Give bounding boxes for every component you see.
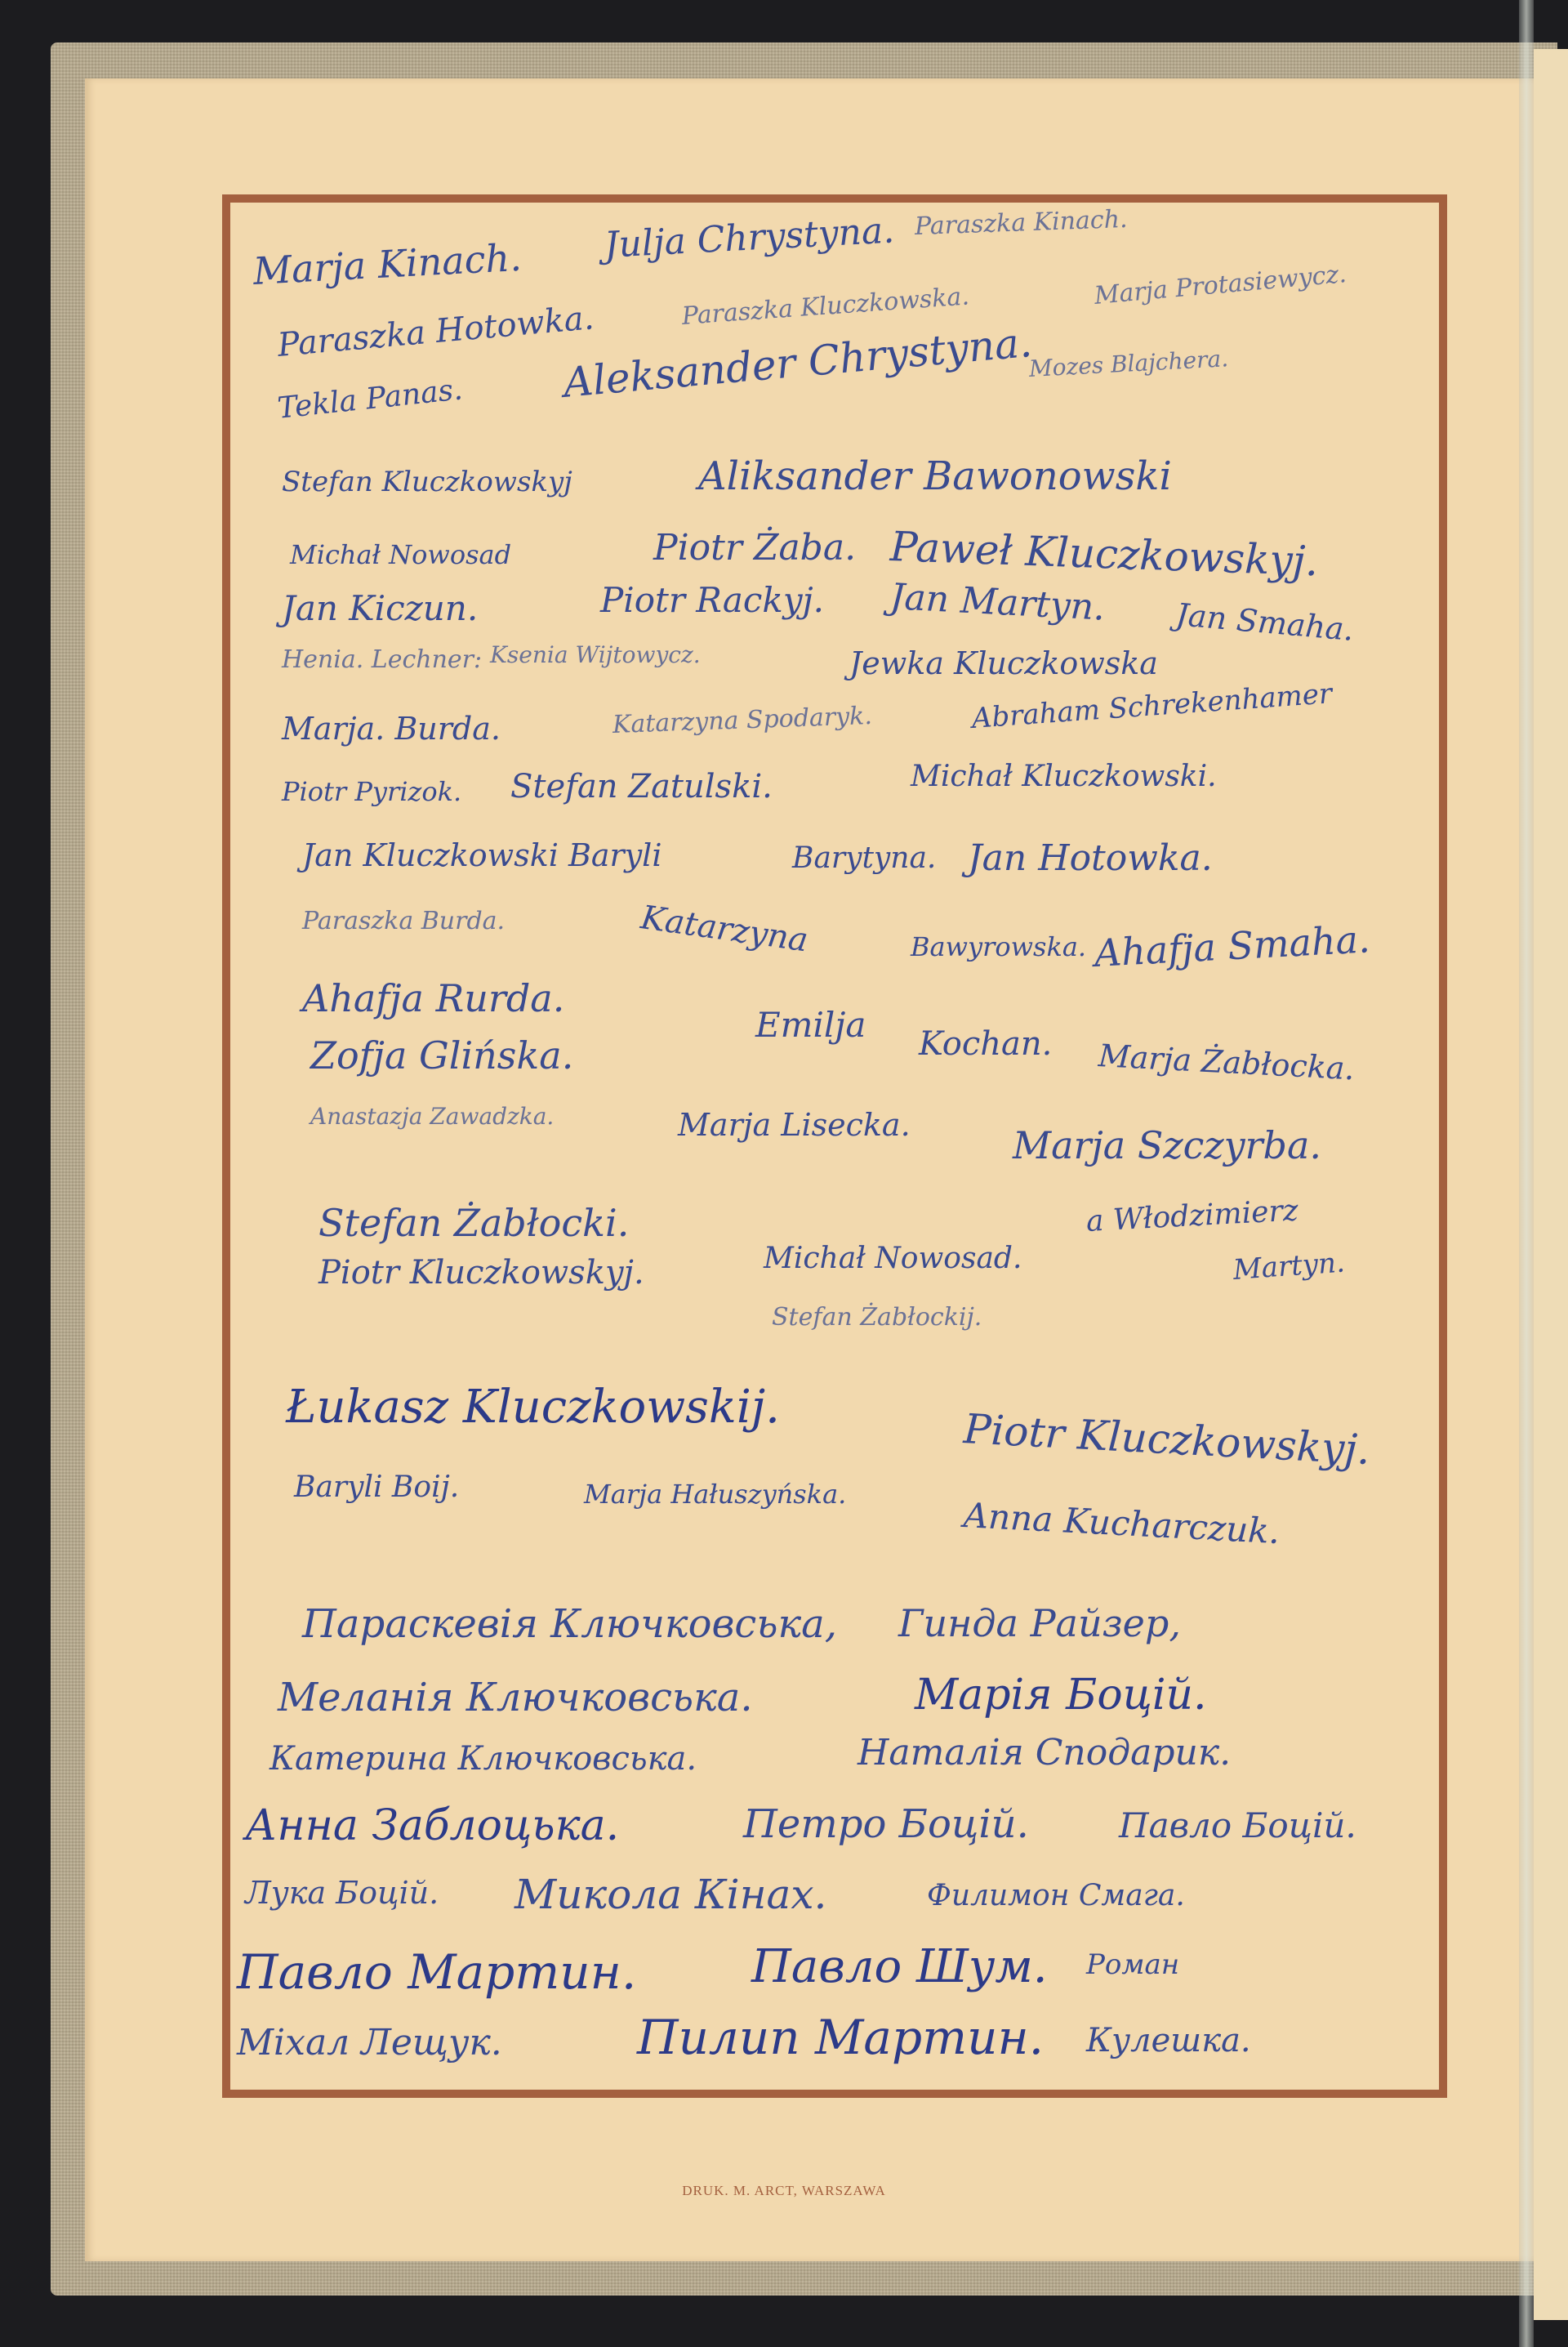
handwritten-signature: Piotr Kluczkowskyj. (318, 1254, 644, 1292)
handwritten-signature: Наталія Сподарик. (857, 1732, 1231, 1774)
handwritten-signature: Jan Hotowka. (968, 837, 1213, 879)
handwritten-signature: Петро Боцій. (743, 1801, 1029, 1847)
handwritten-signature: Michał Kluczkowski. (911, 760, 1217, 793)
handwritten-signature: Henia. Lechner: (282, 645, 482, 674)
handwritten-signature: Baryli Boij. (294, 1470, 459, 1504)
handwritten-signature: Катерина Ключковська. (269, 1740, 697, 1778)
handwritten-signature: Michał Nowosad. (764, 1242, 1022, 1275)
handwritten-signature: Bawyrowska. (911, 931, 1086, 962)
adjacent-page-edge (1534, 49, 1568, 2320)
handwritten-signature: Stefan Zatulski. (510, 768, 773, 805)
printer-imprint: DRUK. M. ARCT, WARSZAWA (0, 2183, 1568, 2199)
handwritten-signature: Stefan Kluczkowskyj (282, 466, 572, 498)
handwritten-signature: Piotr Pyrizok. (282, 776, 461, 807)
handwritten-signature: Кулешка. (1086, 2022, 1251, 2059)
handwritten-signature: Павло Шум. (751, 1940, 1048, 1993)
handwritten-signature: Marja Hałuszyńska. (584, 1479, 846, 1510)
handwritten-signature: Anastazja Zawadzka. (310, 1103, 554, 1130)
handwritten-signature: Stefan Żabłocki. (318, 1201, 629, 1245)
handwritten-signature: Piotr Żaba. (653, 527, 856, 569)
handwritten-signature: Меланія Ключковська. (278, 1675, 753, 1720)
handwritten-signature: Филимон Смага. (927, 1879, 1185, 1912)
handwritten-signature: Barytyna. (792, 841, 936, 875)
handwritten-signature: Пилип Мартин. (637, 2010, 1044, 2065)
handwritten-signature: Павло Мартин. (237, 1944, 636, 2000)
handwritten-signature: Kochan. (919, 1025, 1052, 1063)
handwritten-signature: Łukasz Kluczkowskij. (286, 1381, 780, 1434)
handwritten-signature: Zofja Glińska. (310, 1033, 573, 1078)
book-gutter (1519, 0, 1534, 2347)
handwritten-signature: Лука Боцій. (245, 1875, 439, 1911)
handwritten-signature: Ahafja Rurda. (302, 976, 564, 1020)
handwritten-signature: Параскевія Ключковська, (302, 1601, 837, 1647)
handwritten-signature: Павло Боцій. (1119, 1805, 1356, 1845)
handwritten-signature: Emilja (755, 1005, 866, 1045)
handwritten-signature: Ksenia Wijtowycz. (490, 641, 701, 668)
handwritten-signature: Paraszka Burda. (302, 907, 505, 935)
handwritten-signature: Анна Заблоцька. (245, 1801, 619, 1850)
handwritten-signature: Міхал Лещук. (237, 2022, 502, 2064)
handwritten-signature: Aliksander Bawonowski (698, 453, 1172, 499)
handwritten-signature: Jan Kiczun. (282, 588, 478, 628)
handwritten-signature: Микола Кінах. (514, 1871, 826, 1918)
handwritten-signature: Marja Szczyrba. (1013, 1123, 1321, 1167)
handwritten-signature: Jewka Kluczkowska (849, 645, 1158, 681)
handwritten-signature: Michał Nowosad (290, 539, 511, 570)
handwritten-signature: Jan Kluczkowski Baryli (302, 837, 661, 873)
handwritten-signature: Stefan Żabłockij. (772, 1303, 982, 1332)
handwritten-signature: Марія Боцій. (915, 1671, 1207, 1720)
handwritten-signature: Роман (1086, 1948, 1179, 1981)
handwritten-signature: Marja. Burda. (282, 711, 501, 747)
handwritten-signature: Piotr Rackyj. (600, 580, 824, 620)
handwritten-signature: Marja Lisecka. (678, 1107, 911, 1143)
handwritten-signature: Гинда Райзер, (898, 1601, 1181, 1645)
